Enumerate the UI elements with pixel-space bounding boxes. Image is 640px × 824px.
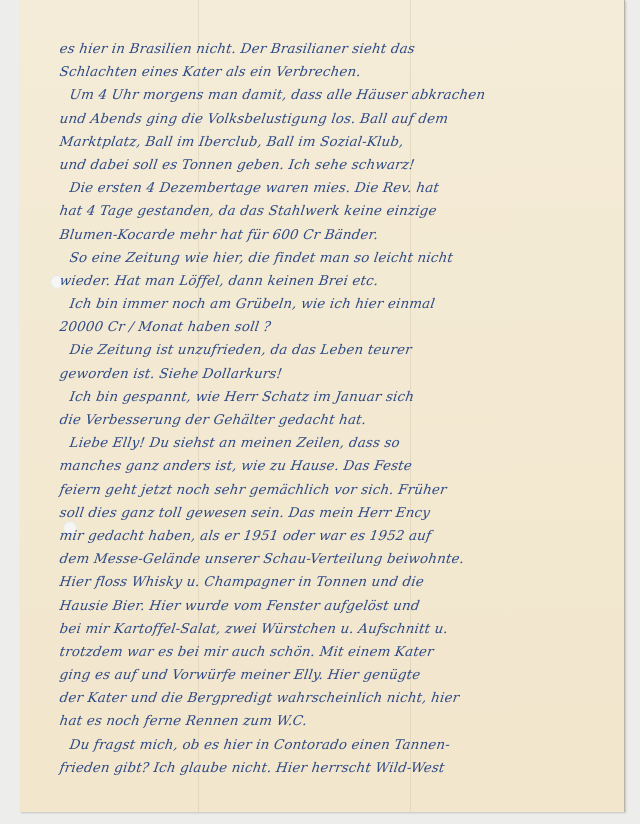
text-line: und Abends ging die Volksbelustigung los… [58, 108, 636, 131]
text-line: 20000 Cr / Monat haben soll ? [58, 316, 636, 339]
text-line: Marktplatz, Ball im Iberclub, Ball im So… [58, 131, 636, 154]
text-line: Ich bin immer noch am Grübeln, wie ich h… [58, 293, 636, 316]
text-line: die Verbesserung der Gehälter gedacht ha… [58, 409, 636, 432]
text-line: der Kater und die Bergpredigt wahrschein… [58, 687, 636, 710]
text-line: feiern geht jetzt noch sehr gemächlich v… [58, 479, 636, 502]
text-line: Blumen-Kocarde mehr hat für 600 Cr Bände… [58, 224, 636, 247]
text-line: dem Messe-Gelände unserer Schau-Verteilu… [58, 548, 636, 571]
text-line: Um 4 Uhr morgens man damit, dass alle Hä… [58, 84, 636, 107]
text-line: Die ersten 4 Dezembertage waren mies. Di… [58, 177, 636, 200]
text-line: So eine Zeitung wie hier, die findet man… [58, 247, 636, 270]
scanned-page: es hier in Brasilien nicht. Der Brasilia… [0, 0, 640, 824]
text-line: Hier floss Whisky u. Champagner in Tonne… [58, 571, 636, 594]
text-line: hat es noch ferne Rennen zum W.C. [58, 710, 636, 733]
text-line: mir gedacht haben, als er 1951 oder war … [58, 525, 636, 548]
text-line: wieder. Hat man Löffel, dann keinen Brei… [58, 270, 636, 293]
text-line: und dabei soll es Tonnen geben. Ich sehe… [58, 154, 636, 177]
text-line: Die Zeitung ist unzufrieden, da das Lebe… [58, 339, 636, 362]
text-line: frieden gibt? Ich glaube nicht. Hier her… [58, 757, 636, 780]
letter-paper: es hier in Brasilien nicht. Der Brasilia… [20, 0, 625, 812]
handwritten-text-body: es hier in Brasilien nicht. Der Brasilia… [58, 38, 633, 780]
text-line: Hausie Bier. Hier wurde vom Fenster aufg… [58, 595, 636, 618]
text-line: ging es auf und Vorwürfe meiner Elly. Hi… [58, 664, 636, 687]
text-line: Du fragst mich, ob es hier in Contorado … [58, 734, 636, 757]
text-line: manches ganz anders ist, wie zu Hause. D… [58, 455, 636, 478]
text-line: Schlachten eines Kater als ein Verbreche… [58, 61, 636, 84]
text-line: geworden ist. Siehe Dollarkurs! [58, 363, 636, 386]
text-line: soll dies ganz toll gewesen sein. Das me… [58, 502, 636, 525]
text-line: bei mir Kartoffel-Salat, zwei Würstchen … [58, 618, 636, 641]
text-line: es hier in Brasilien nicht. Der Brasilia… [58, 38, 636, 61]
text-line: trotzdem war es bei mir auch schön. Mit … [58, 641, 636, 664]
text-line: Ich bin gespannt, wie Herr Schatz im Jan… [58, 386, 636, 409]
text-line: hat 4 Tage gestanden, da das Stahlwerk k… [58, 200, 636, 223]
text-line: Liebe Elly! Du siehst an meinen Zeilen, … [58, 432, 636, 455]
